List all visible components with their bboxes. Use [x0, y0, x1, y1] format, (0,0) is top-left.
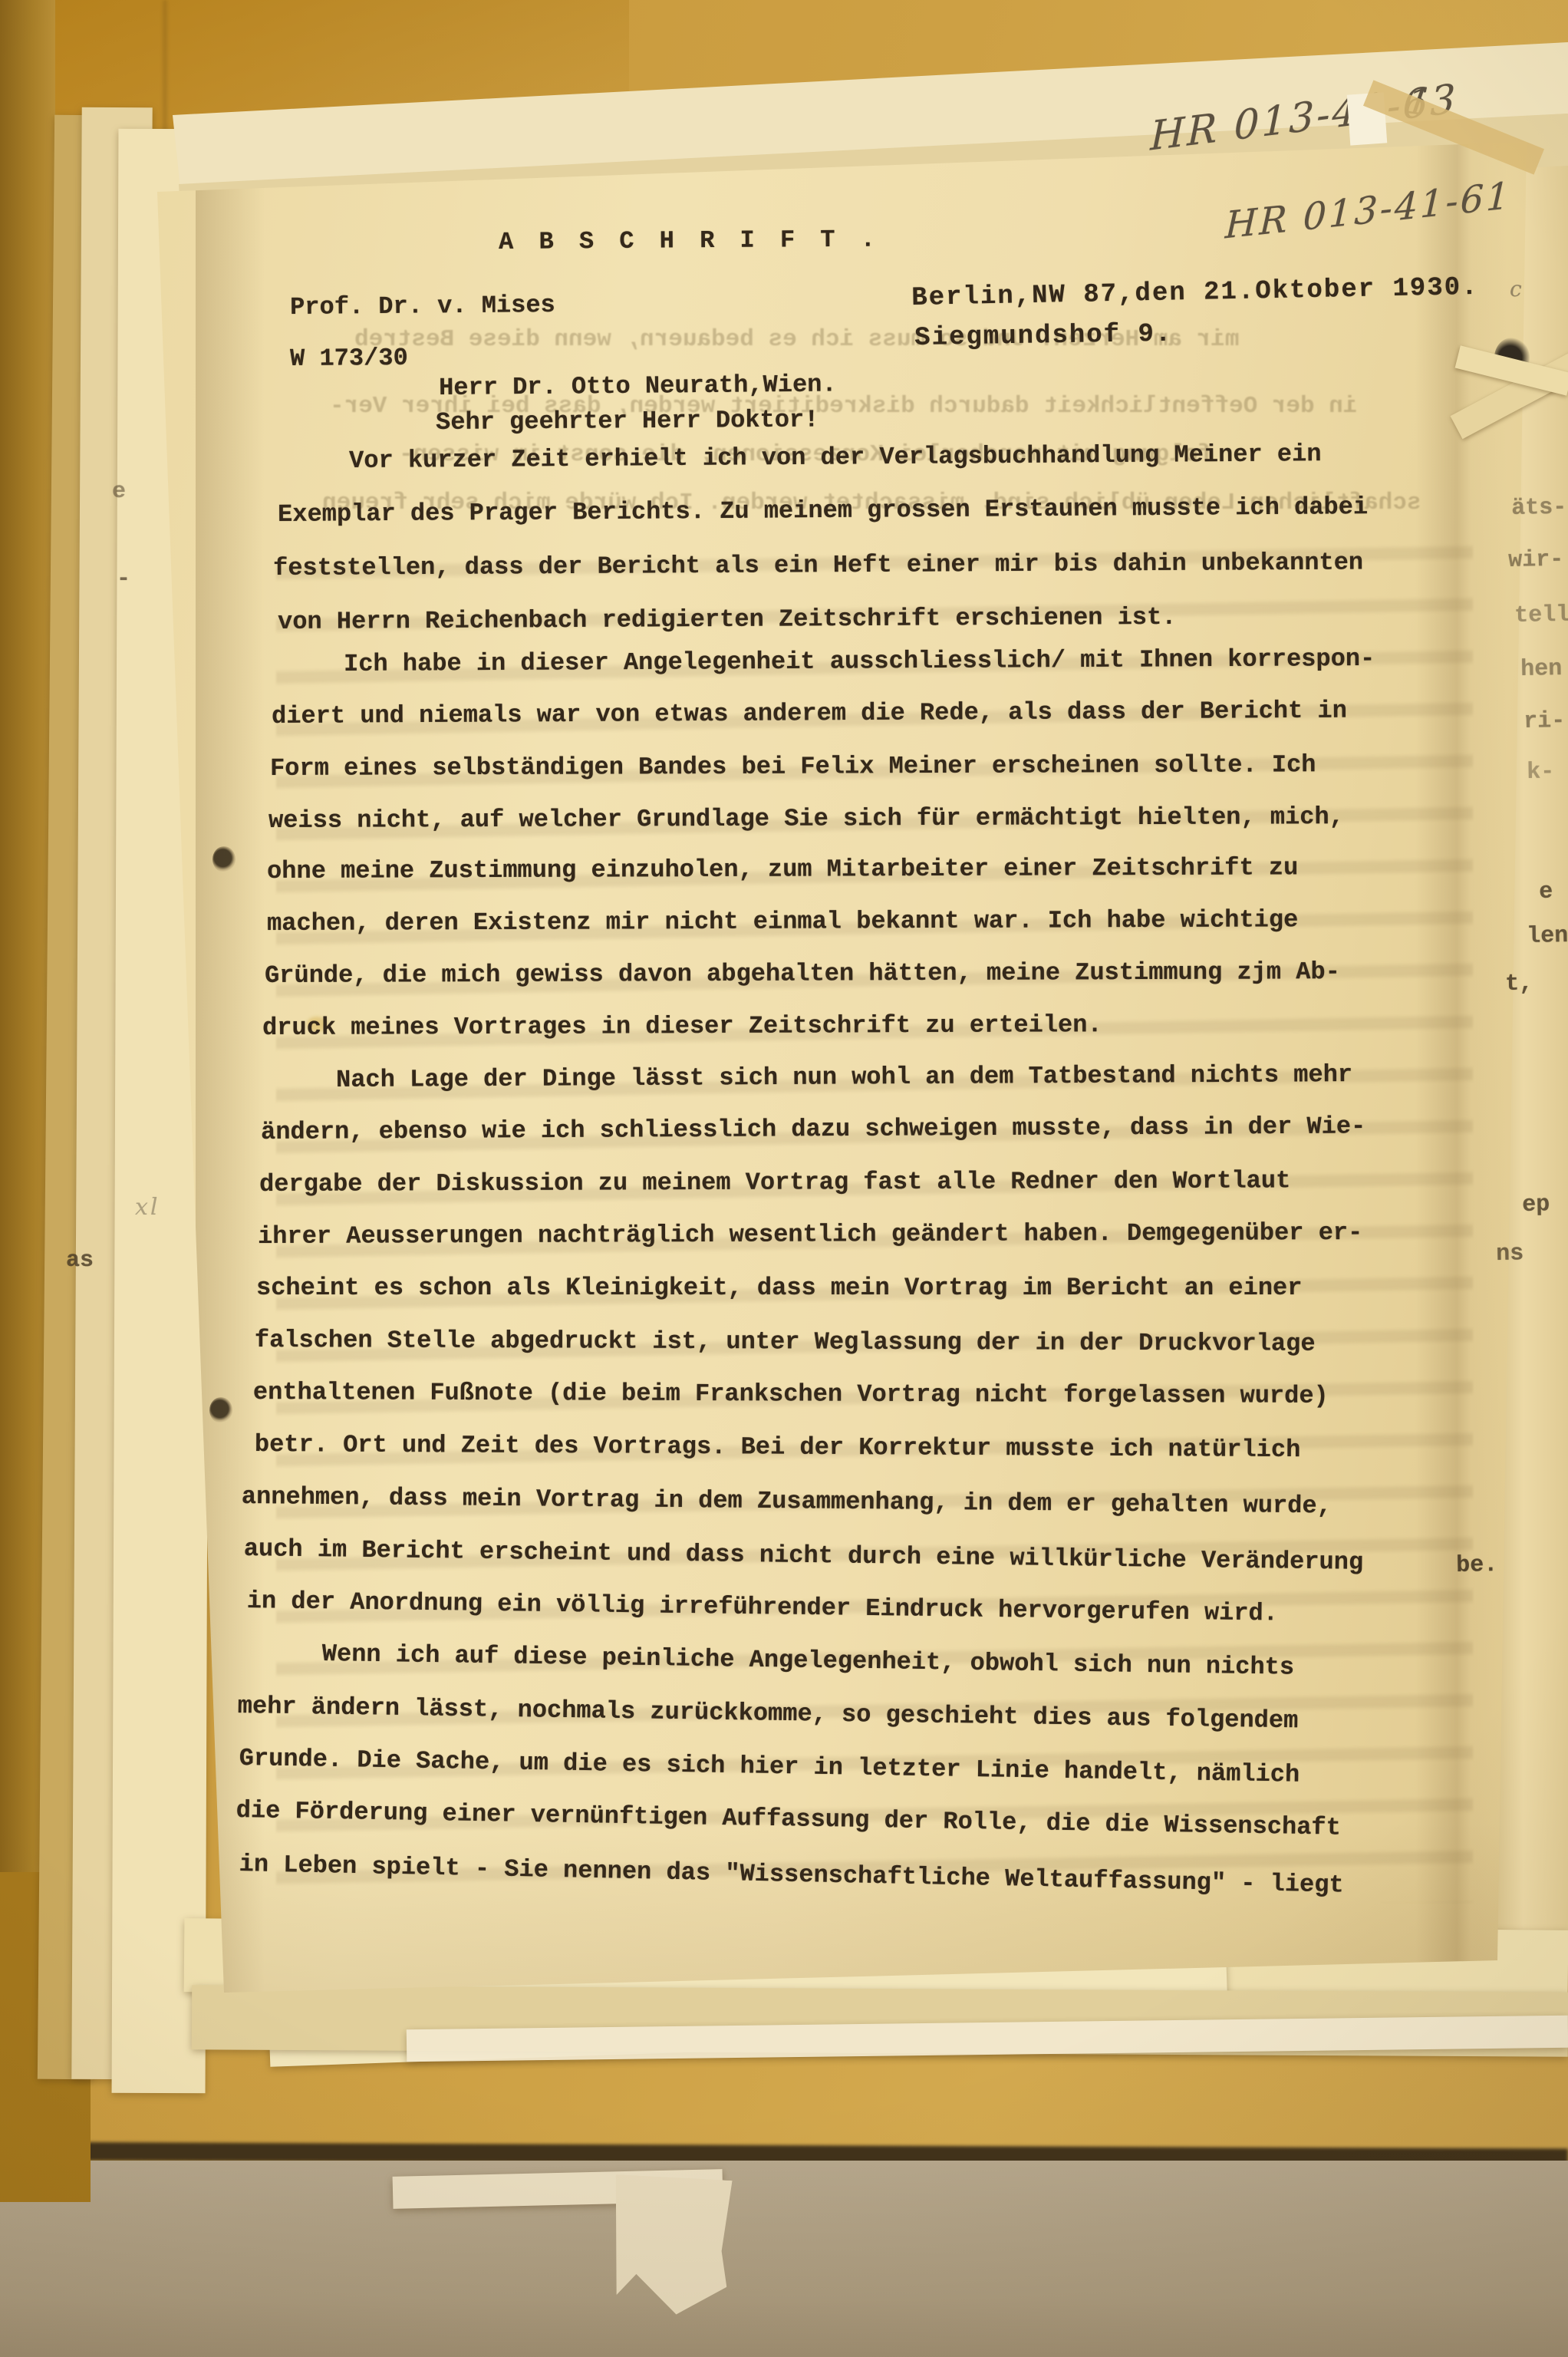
sheet-right-crease [1415, 134, 1507, 1995]
edge-fragment-right: ep [1522, 1193, 1550, 1217]
edge-fragment-left: as [66, 1249, 94, 1272]
letter-sender: Prof. Dr. v. Mises [290, 293, 555, 320]
paper-edge [192, 1985, 1568, 2056]
edge-fragment-right: e [1539, 881, 1553, 904]
edge-fragment-right: tell [1514, 604, 1568, 628]
small-pencil-mark-c: c [1510, 276, 1524, 302]
folder-torn-bottom-edge [0, 2142, 1568, 2167]
folder-bottom-left-corner [0, 1872, 91, 2202]
sheet-bottom-shading [150, 1822, 1534, 1995]
letter-reference: W 173/30 [290, 346, 408, 371]
sheet-left-shading [196, 134, 265, 1995]
punch-hole [209, 1397, 232, 1423]
edge-fragment-right: hen [1520, 658, 1563, 681]
edge-fragment-right: len [1527, 925, 1568, 948]
torn-tape-hanging [608, 2174, 732, 2317]
letter-title: A B S C H R I F T . [499, 228, 881, 255]
letter-sheet [150, 134, 1534, 1995]
punch-hole [212, 846, 236, 872]
letter-address-line: Siegmundshof 9. [914, 321, 1173, 351]
edge-fragment-left: e [112, 480, 126, 503]
archive-photo-scene: mir am Herzen. Und so muss ich es bedaue… [0, 0, 1568, 2357]
letter-salutation: Sehr geehrter Herr Doktor! [436, 408, 819, 435]
small-pencil-mark-xl: xl [135, 1194, 160, 1221]
paper-edge [38, 115, 110, 2080]
paper-edge [407, 2016, 1568, 2062]
table-surface [0, 2161, 1568, 2357]
tape-strip [393, 2169, 723, 2209]
folder-left-edge [0, 0, 55, 2202]
paper-stain [307, 1017, 327, 1032]
letter-recipient: Herr Dr. Otto Neurath,Wien. [439, 372, 837, 401]
paper-edge [71, 107, 152, 2079]
edge-fragment-left: - [117, 568, 130, 591]
edge-fragment-right: ri- [1524, 710, 1566, 733]
edge-fragment-right: k- [1527, 760, 1555, 784]
